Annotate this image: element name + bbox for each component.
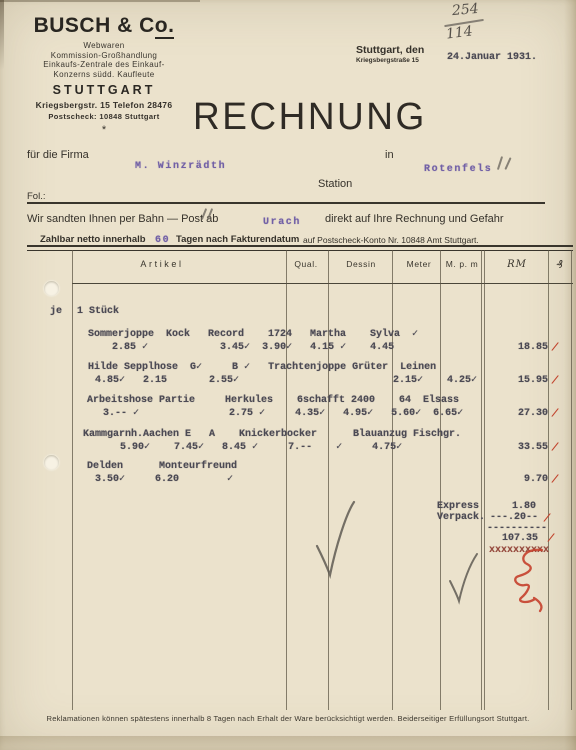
typed-line: Arbeitshose Partie Herkules 6schafft 240… — [87, 395, 459, 406]
terms-text-1: Zahlbar netto innerhalb — [40, 234, 146, 245]
typed-line: 1.80 — [512, 501, 536, 512]
typed-line: 33.55 — [518, 442, 548, 453]
typed-line: Urach — [263, 217, 301, 228]
typed-line: Rotenfels — [424, 164, 492, 175]
fol-label: Fol.: — [27, 191, 45, 202]
company-city: STUTTGART — [18, 83, 190, 97]
typed-line: 4.85✓ 2.15 2.55✓ — [95, 375, 239, 386]
red-check-tick: / — [552, 406, 559, 420]
typed-line: 15.95 — [518, 375, 548, 386]
column-header-: ₰ — [556, 259, 563, 271]
table-column-line — [328, 250, 329, 710]
invoice-document: BUSCH & Co. Webwaren Kommission-Großhand… — [0, 0, 576, 750]
red-check-tick: / — [552, 472, 559, 486]
table-column-line — [440, 250, 441, 710]
punch-hole-top — [44, 281, 59, 296]
column-header-meter: Meter — [407, 259, 432, 269]
place-date-label: Stuttgart, den — [356, 44, 424, 56]
shipping-text-pre: Wir sandten Ihnen per Bahn — Post ab — [27, 213, 218, 225]
column-header-dessin: Dessin — [346, 259, 376, 269]
company-postcheck: Postscheck: 10848 Stuttgart — [18, 112, 190, 121]
typed-line: 3.-- ✓ 2.75 ✓ 4.35✓ 4.95✓ 5.60✓ 6.65✓ — [103, 408, 463, 419]
pencil-checkmark-large-2 — [446, 551, 480, 605]
company-address: Kriegsbergstr. 15 Telefon 28476 — [18, 100, 190, 110]
letterhead: BUSCH & Co. Webwaren Kommission-Großhand… — [18, 14, 190, 136]
table-header-rule — [72, 283, 573, 284]
table-column-line — [392, 250, 393, 710]
typed-line: 60 — [155, 235, 170, 246]
typed-line: 2.85 ✓ 3.45✓ 3.90✓ 4.15 ✓ 4.45 — [112, 342, 394, 353]
letterhead-line: Webwaren — [18, 41, 190, 51]
typed-line: Express — [437, 501, 479, 512]
paper-edge-top — [0, 0, 200, 2]
handwritten-folio-bottom: 114 — [445, 23, 473, 42]
table-column-line — [286, 250, 287, 710]
typed-line: Sommerjoppe Kock Record 1724 Martha Sylv… — [88, 329, 418, 340]
typed-line: 27.30 — [518, 408, 548, 419]
typed-line: 3.50✓ 6.20 ✓ — [95, 474, 233, 485]
handwritten-folio-top: 254 — [451, 1, 479, 19]
red-signature-scribble — [506, 545, 552, 613]
firma-label: für die Firma — [27, 149, 89, 161]
table-column-line — [548, 250, 549, 710]
typed-line: 9.70 — [524, 474, 548, 485]
column-header-qual: Qual. — [294, 259, 317, 269]
terms-text-3: auf Postscheck-Konto Nr. 10848 Amt Stutt… — [303, 235, 479, 245]
typed-line: Delden Monteurfreund — [87, 461, 237, 472]
company-name: BUSCH & Co. — [18, 14, 190, 38]
table-column-line — [481, 250, 482, 710]
typed-line: 18.85 — [518, 342, 548, 353]
letterhead-line: Einkaufs-Zentrale des Einkauf- — [18, 60, 190, 70]
red-check-tick: / — [552, 373, 559, 387]
station-label: Station — [318, 178, 352, 190]
column-header-rm: RM — [507, 259, 527, 270]
red-check-tick: / — [552, 340, 559, 354]
form-rule — [27, 202, 545, 204]
typed-line: 2.15✓ 4.25✓ — [393, 375, 477, 386]
table-column-line — [72, 250, 73, 710]
pencil-correction-stroke-2 — [504, 157, 511, 170]
letterhead-line: Konzerns südd. Kaufleute — [18, 70, 190, 80]
red-check-tick: / — [544, 511, 551, 525]
typed-line: 107.35 — [502, 533, 538, 544]
typed-line: 5.90✓ 7.45✓ 8.45 ✓ 7.-- ✓ 4.75✓ — [120, 442, 402, 453]
typed-line: je — [50, 306, 62, 317]
letterhead-line: Kommission-Großhandlung — [18, 51, 190, 61]
scan-corner-shadow — [0, 0, 4, 70]
column-header-artikel: Artikel — [140, 259, 183, 269]
typed-line: ---.20-- — [490, 512, 538, 523]
company-description: Webwaren Kommission-Großhandlung Einkauf… — [18, 41, 190, 79]
paper-edge-right — [564, 0, 576, 750]
in-label: in — [385, 149, 394, 161]
column-header-mpm: M. p. m — [446, 259, 479, 269]
typed-line: Hilde Sepplhose G✓ B ✓ Trachtenjoppe Grü… — [88, 362, 436, 373]
typed-line: 1 Stück — [77, 306, 119, 317]
pencil-checkmark-large-1 — [312, 498, 358, 580]
red-check-tick: / — [552, 440, 559, 454]
typed-line: M. Winzrädth — [135, 161, 226, 172]
terms-text-2: Tagen nach Fakturendatum — [176, 234, 299, 245]
paper-edge-bottom — [0, 736, 576, 750]
letterhead-star: * — [18, 124, 190, 136]
street-label: Kriegsbergstraße 15 — [356, 57, 419, 64]
shipping-text-post: direkt auf Ihre Rechnung und Gefahr — [325, 213, 504, 225]
table-top-rule-thick — [27, 245, 573, 247]
document-title: RECHNUNG — [193, 96, 427, 139]
typed-line: Kammgarnh.Aachen E A Knickerbocker Blaua… — [83, 429, 461, 440]
table-column-line — [484, 250, 485, 710]
punch-hole-bottom — [44, 455, 59, 470]
typed-line: Verpack. — [437, 512, 485, 523]
pencil-correction-stroke-1 — [497, 156, 503, 170]
typed-line: 24.Januar 1931. — [447, 52, 537, 63]
table-column-line — [571, 250, 572, 710]
footer-disclaimer: Reklamationen können spätestens innerhal… — [0, 714, 576, 723]
table-top-rule-thin — [27, 250, 573, 251]
